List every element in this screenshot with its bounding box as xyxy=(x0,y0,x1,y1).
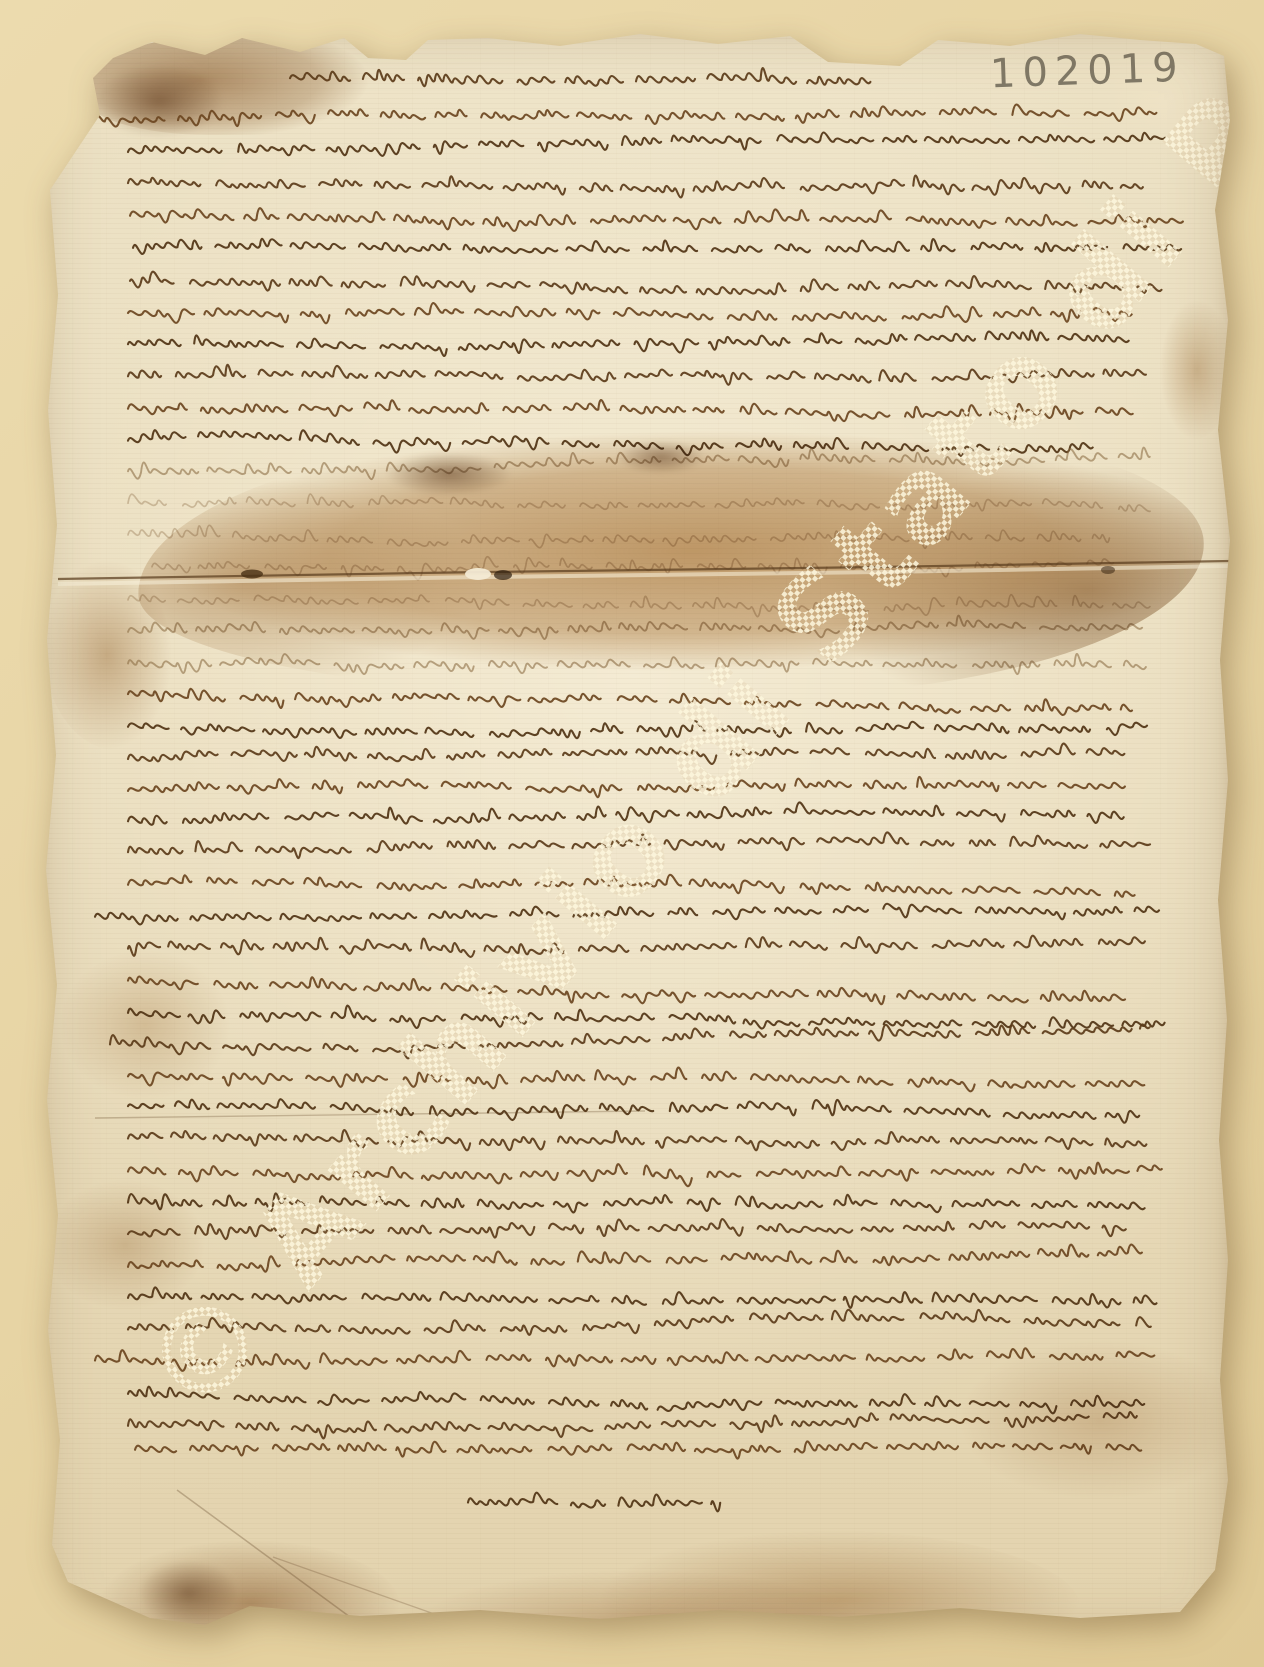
handwriting-signature-line xyxy=(468,1493,733,1512)
handwriting-line xyxy=(128,1310,1163,1335)
stain-left-middle-low xyxy=(60,950,230,1100)
stain-bottom-left xyxy=(100,1540,400,1666)
stain-left-edge-lower xyxy=(45,1180,205,1310)
handwriting-line xyxy=(128,777,1135,797)
handwriting-line xyxy=(128,1412,1151,1438)
handwriting-line xyxy=(128,330,1140,356)
handwriting-line xyxy=(128,1006,1181,1029)
handwriting-line xyxy=(128,721,1156,738)
laid-paper-texture xyxy=(38,28,1230,1643)
handwriting-line xyxy=(128,977,1135,1005)
handwriting-line xyxy=(130,208,1199,231)
scanned-letter-photo: © Archivio di Stato di Prato 102019 xyxy=(0,0,1264,1667)
handwriting-line xyxy=(128,175,1156,197)
crease-dark-mark xyxy=(241,570,263,579)
stain-right-lower xyxy=(960,1340,1240,1500)
handwriting-line xyxy=(95,904,1171,925)
stain-bottom-right xyxy=(600,1530,1080,1667)
stain-right-edge-upper xyxy=(1160,300,1234,440)
fold-crease-highlight xyxy=(58,566,1230,584)
handwriting-line xyxy=(133,239,1197,254)
stain-bottom-left-dark xyxy=(138,1560,238,1626)
handwriting-line xyxy=(128,744,1133,764)
handwriting-line xyxy=(128,1099,1151,1123)
manuscript-page: © Archivio di Stato di Prato 102019 xyxy=(38,28,1230,1643)
handwriting-line xyxy=(128,1163,1171,1187)
handwriting-line xyxy=(128,1219,1139,1239)
handwriting-line xyxy=(128,365,1156,385)
handwriting-line xyxy=(128,525,1123,548)
handwriting-line xyxy=(152,557,1122,580)
handwriting-line xyxy=(128,448,1165,480)
handwriting-line xyxy=(128,1387,1159,1414)
crease-nick-right xyxy=(1101,566,1115,574)
handwriting-line xyxy=(128,654,1161,674)
stain-left-edge-middle xyxy=(42,560,172,750)
diagonal-crease-a xyxy=(177,1490,350,1617)
handwriting-line xyxy=(128,1245,1154,1272)
handwriting-line xyxy=(95,105,1170,127)
paper-vignette xyxy=(38,28,1230,1643)
stain-torn-top-left xyxy=(85,35,415,135)
handwriting-header-line xyxy=(290,68,881,86)
archival-number: 102019 xyxy=(989,45,1185,98)
water-stain-center-band xyxy=(137,422,1206,701)
fold-crease-main xyxy=(58,561,1230,579)
diagonal-crease-b xyxy=(273,1557,457,1622)
handwriting-line xyxy=(128,875,1145,897)
faint-crease-2 xyxy=(95,1111,645,1118)
handwriting-line xyxy=(128,802,1140,824)
worn-patch-top-right xyxy=(1090,38,1236,164)
handwriting-line xyxy=(128,494,1159,512)
handwriting-line xyxy=(128,430,1109,456)
crease-hole-light xyxy=(465,568,491,580)
handwriting-line xyxy=(128,1130,1158,1150)
stain-band-dark-spot-1 xyxy=(386,452,512,496)
handwriting-line xyxy=(128,689,1141,715)
stain-bottom-middle xyxy=(420,1570,860,1667)
handwriting-svg xyxy=(0,0,1264,1667)
handwriting-line xyxy=(128,616,1152,639)
handwriting-line xyxy=(128,132,1174,155)
handwriting-line xyxy=(130,272,1177,295)
creases-svg xyxy=(0,0,1264,1667)
handwriting-line xyxy=(128,400,1150,422)
handwriting-line xyxy=(128,936,1160,957)
crease-hole-dark xyxy=(494,570,512,580)
handwriting-line xyxy=(128,832,1159,858)
handwriting-line xyxy=(128,1068,1157,1092)
handwriting-line xyxy=(128,303,1145,323)
handwriting-line xyxy=(128,1287,1169,1307)
handwriting-line xyxy=(128,595,1162,617)
handwriting-line xyxy=(135,1441,1156,1458)
handwriting-line xyxy=(110,1024,1165,1058)
paper-shadow: © Archivio di Stato di Prato 102019 xyxy=(0,0,1264,1667)
handwriting-line xyxy=(128,1193,1160,1212)
handwriting-line xyxy=(95,1348,1170,1371)
copyright-watermark: © Archivio di Stato di Prato xyxy=(123,0,1264,1434)
stain-band-dark-spot-2 xyxy=(616,440,706,474)
stain-torn-top-left-dark xyxy=(94,64,224,138)
